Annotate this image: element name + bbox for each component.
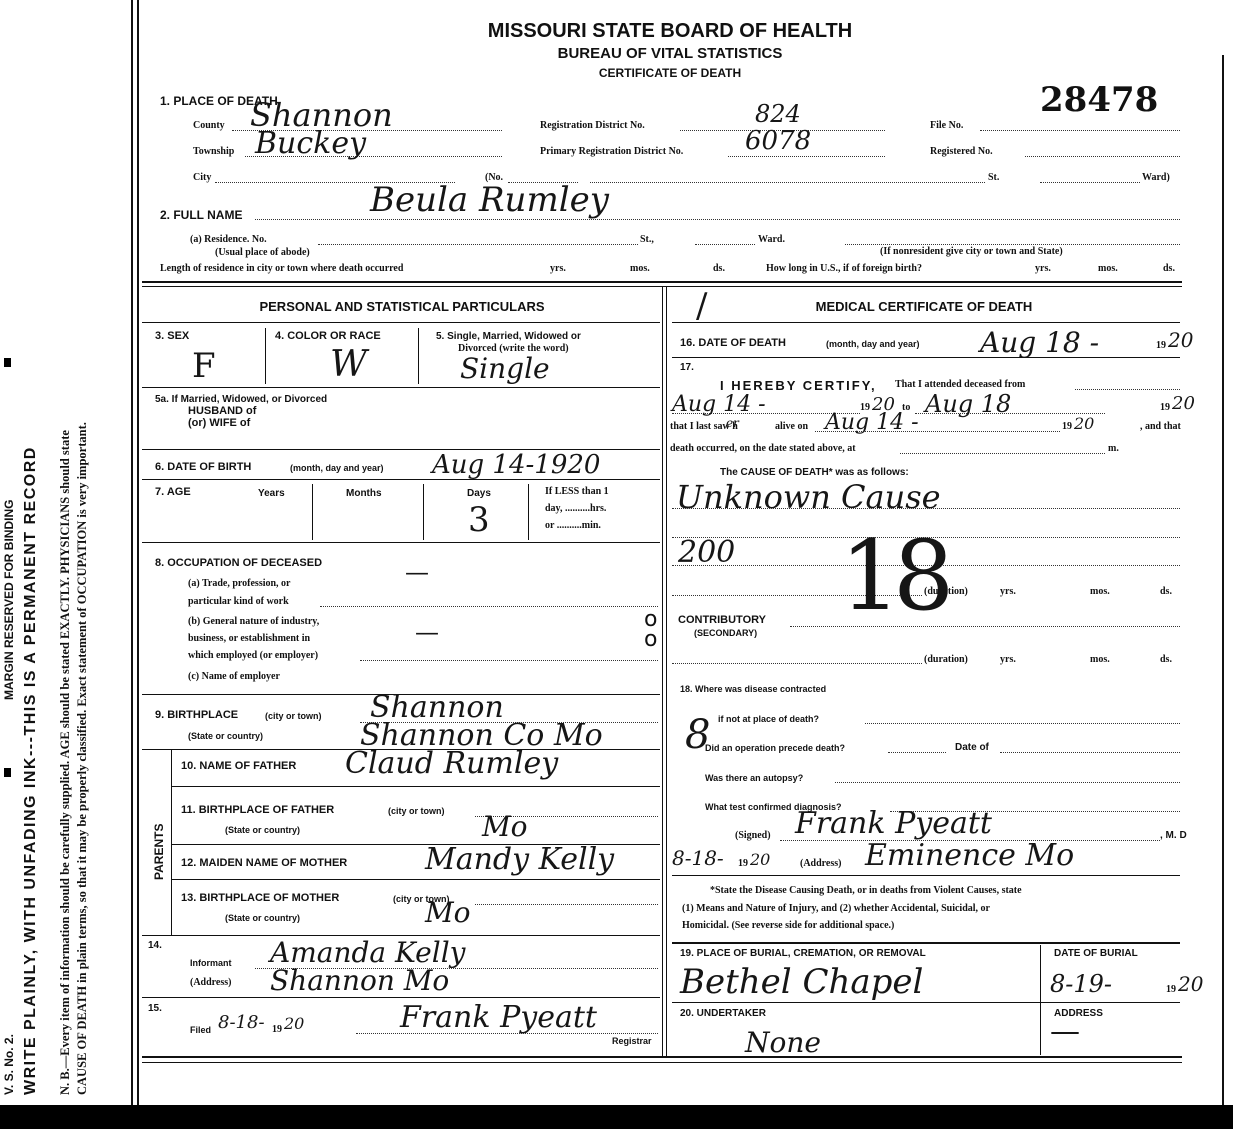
cause-yrs-label: yrs. [1000, 586, 1016, 597]
cause-mos-label: mos. [1090, 586, 1110, 597]
frame-left-outer [131, 0, 133, 1105]
row-7-line [142, 542, 660, 543]
contributory-yrs-label: yrs. [1000, 654, 1016, 665]
attended-to-year-prefix: 19 [1160, 402, 1170, 413]
nonresident-field [845, 244, 1180, 245]
medical-section-title: MEDICAL CERTIFICATE OF DEATH [668, 299, 1180, 314]
occupation-b-label-1: (b) General nature of industry, [188, 616, 319, 627]
primary-reg-field [728, 156, 885, 157]
burial-place-value: Bethel Chapel [680, 962, 923, 1002]
parents-side-label: PARENTS [152, 824, 166, 880]
birthplace-label: 9. BIRTHPLACE [155, 709, 238, 721]
parents-divider [171, 750, 172, 935]
permanent-record-instruction: WRITE PLAINLY, WITH UNFADING INK---THIS … [22, 446, 40, 1095]
md-label: , M. D [1160, 830, 1187, 841]
row-12-line [172, 879, 660, 880]
alive-on-label: alive on [775, 421, 808, 432]
age-days-divider [528, 484, 529, 540]
autopsy-field [835, 782, 1180, 783]
center-divider-2 [666, 287, 667, 1057]
dod-label: 16. DATE OF DEATH [680, 337, 786, 349]
occupation-label: 8. OCCUPATION OF DECEASED [155, 557, 322, 569]
file-no-label: File No. [930, 120, 963, 131]
filed-year-prefix: 19 [272, 1024, 282, 1035]
county-label: County [193, 120, 225, 131]
row-18-line [672, 875, 1180, 876]
residence-ward-label: Ward. [758, 234, 785, 245]
file-no-field [980, 130, 1180, 131]
personal-section-title: PERSONAL AND STATISTICAL PARTICULARS [142, 299, 662, 314]
father-birthplace-label: 11. BIRTHPLACE OF FATHER [181, 804, 334, 816]
age-years-label: Years [258, 488, 285, 499]
filed-label: Filed [190, 1025, 211, 1035]
cause-field-1 [672, 508, 1180, 509]
mother-name-value: Mandy Kelly [425, 842, 614, 877]
occurred-m-label: m. [1108, 443, 1119, 454]
dod-value: Aug 18 - [980, 326, 1099, 359]
contributory-mos-label: mos. [1090, 654, 1110, 665]
nb-note-line-2: CAUSE OF DEATH in plain terms, so that i… [75, 422, 90, 1095]
alive-year-prefix: 19 [1062, 421, 1072, 432]
mother-birthplace-field [475, 904, 658, 905]
burial-date-value: 8-19- [1050, 970, 1112, 998]
occupation-b-label-3: which employed (or employer) [188, 650, 318, 661]
physician-address-label: (Address) [800, 858, 841, 869]
binding-mark-2 [4, 358, 11, 367]
primary-reg-label: Primary Registration District No. [540, 146, 683, 157]
spouse-label: 5a. If Married, Widowed, or Divorced [155, 394, 327, 405]
row-footnote-line [672, 942, 1180, 944]
attended-to-value: Aug 18 [925, 390, 1011, 418]
row-19-line [672, 1002, 1180, 1003]
length-yrs-label: yrs. [550, 263, 566, 274]
mother-birthplace-label: 13. BIRTHPLACE OF MOTHER [181, 892, 339, 904]
cause-value: Unknown Cause [676, 478, 941, 516]
contributory-duration-label: (duration) [924, 654, 968, 665]
signed-date: 8-18- [672, 846, 724, 870]
operation-field [888, 752, 946, 753]
length-ds-label: ds. [713, 263, 725, 274]
race-value: W [330, 344, 367, 385]
marital-label: 5. Single, Married, Widowed or [436, 331, 581, 342]
form-id: V. S. No. 2. [2, 1034, 16, 1095]
township-label: Township [193, 146, 234, 157]
signed-label: (Signed) [735, 830, 771, 841]
frame-left-inner [137, 0, 139, 1105]
registrar-label: Registrar [612, 1036, 652, 1046]
row-6-line [142, 479, 660, 480]
binding-mark-1 [4, 768, 11, 777]
father-birthplace-sub: (city or town) [388, 806, 445, 816]
footnote-line-1: *State the Disease Causing Death, or in … [710, 885, 1022, 896]
birthplace-sub-label: (city or town) [265, 711, 322, 721]
undertaker-label: 20. UNDERTAKER [680, 1008, 766, 1019]
nonresident-note: (If nonresident give city or town and St… [880, 246, 1063, 257]
footnote-line-2: (1) Means and Nature of Injury, and (2) … [682, 903, 990, 914]
city-label: City [193, 172, 211, 183]
registered-no-field [1025, 156, 1180, 157]
full-name-value: Beula Rumley [370, 180, 609, 220]
divider-top-section [142, 281, 1182, 283]
if-not-at-place-field [865, 723, 1180, 724]
occupation-a-label-1: (a) Trade, profession, or [188, 578, 291, 589]
row-14-line [142, 997, 660, 998]
primary-reg-value: 6078 [745, 126, 811, 156]
burial-divider [1040, 945, 1041, 1055]
occupation-c-label: (c) Name of employer [188, 671, 280, 682]
age-years-divider [312, 484, 313, 540]
residence-sub-label: (Usual place of abode) [215, 247, 310, 258]
alive-on-value: Aug 14 - [825, 410, 919, 435]
item-17-num: 17. [680, 362, 694, 373]
age-less-label-1: If LESS than 1 [545, 486, 609, 497]
filed-date-value: 8-18- [218, 1012, 265, 1033]
secondary-label: (SECONDARY) [694, 628, 757, 638]
marital-value: Single [460, 352, 550, 385]
father-state-value: Mo [482, 810, 528, 843]
street-label: St. [988, 172, 999, 183]
sex-value: F [192, 346, 216, 386]
filed-year-value: 20 [284, 1014, 304, 1033]
age-days-value: 3 [468, 500, 490, 540]
alive-year: 20 [1074, 414, 1094, 433]
autopsy-label: Was there an autopsy? [705, 773, 803, 783]
full-name-label: 2. FULL NAME [160, 208, 242, 222]
form-subtitle: BUREAU OF VITAL STATISTICS [440, 45, 900, 62]
personal-header-line [142, 322, 660, 323]
dod-year-prefix: 19 [1156, 340, 1166, 351]
certify-text: That I attended deceased from [895, 379, 1025, 390]
margin-reserved: MARGIN RESERVED FOR BINDING [2, 500, 16, 700]
and-that-label: , and that [1140, 421, 1181, 432]
father-state-label: (State or country) [225, 825, 300, 835]
row-3-line [142, 387, 660, 388]
race-marital-divider [418, 328, 419, 384]
age-days-label: Days [467, 488, 491, 499]
medical-header-line [672, 322, 1180, 323]
foreign-yrs-label: yrs. [1035, 263, 1051, 274]
bottom-line-left-2 [142, 1062, 1182, 1063]
contributory-duration-field [672, 663, 922, 664]
dob-sub-label: (month, day and year) [290, 463, 384, 473]
undertaker-value: None [745, 1026, 821, 1059]
occupation-b-value: — [415, 618, 439, 646]
age-months-divider [423, 484, 424, 540]
foreign-birth-label: How long in U.S., if of foreign birth? [766, 263, 922, 274]
contributory-label: CONTRIBUTORY [678, 614, 766, 626]
burial-year-prefix: 19 [1166, 984, 1176, 995]
contributory-ds-label: ds. [1160, 654, 1172, 665]
residence-ward-field [695, 244, 755, 245]
ward-field [1040, 182, 1140, 183]
ward-label: Ward) [1142, 172, 1170, 183]
physician-address-value: Eminence Mo [865, 838, 1074, 873]
dod-sub-label: (month, day and year) [826, 339, 920, 349]
signed-year-prefix: 19 [738, 858, 748, 869]
residence-label: (a) Residence. No. [190, 234, 267, 245]
row-10-line [172, 786, 660, 787]
informant-num: 14. [148, 940, 162, 951]
mother-name-label: 12. MAIDEN NAME OF MOTHER [181, 857, 347, 869]
attended-from-value: Aug 14 - [672, 392, 766, 417]
signed-value: Frank Pyeatt [795, 806, 992, 841]
filed-num: 15. [148, 1003, 162, 1014]
undertaker-address-value: — [1050, 1014, 1080, 1049]
informant-address-label: (Address) [190, 977, 231, 988]
reg-district-value: 824 [755, 100, 801, 128]
sex-race-divider [265, 328, 266, 384]
mother-state-label: (State or country) [225, 913, 300, 923]
age-months-label: Months [346, 488, 382, 499]
residence-field [318, 244, 638, 245]
margin-mark-00: oo [644, 610, 660, 650]
document-type: CERTIFICATE OF DEATH [440, 66, 900, 80]
occurred-label: death occurred, on the date stated above… [670, 443, 856, 454]
length-mos-label: mos. [630, 263, 650, 274]
operation-date-field [1000, 752, 1180, 753]
attended-to-year: 20 [1172, 393, 1195, 414]
where-contracted-label: 18. Where was disease contracted [680, 684, 826, 694]
registrar-value: Frank Pyeatt [400, 1000, 597, 1035]
cause-ds-label: ds. [1160, 586, 1172, 597]
burial-place-label: 19. PLACE OF BURIAL, CREMATION, OR REMOV… [680, 948, 926, 959]
occupation-a-value: — [405, 558, 429, 586]
burial-date-label: DATE OF BURIAL [1054, 948, 1138, 959]
registered-no-label: Registered No. [930, 146, 993, 157]
form-title: MISSOURI STATE BOARD OF HEALTH [440, 20, 900, 43]
sex-label: 3. SEX [155, 330, 189, 342]
cause-label: The CAUSE OF DEATH* was as follows: [720, 467, 909, 478]
row-16-line [672, 357, 1180, 358]
mother-state-value: Mo [425, 896, 471, 929]
township-value: Buckey [255, 126, 366, 161]
occurred-at-field [900, 453, 1105, 454]
father-name-label: 10. NAME OF FATHER [181, 760, 296, 772]
wife-label: (or) WIFE of [188, 417, 250, 429]
margin-code-18: 18 [840, 520, 946, 632]
certify-from-trailing [1075, 389, 1180, 390]
operation-date-label: Date of [955, 742, 989, 753]
street-field [590, 182, 985, 183]
center-divider [662, 287, 663, 1057]
birthplace-state-label: (State or country) [188, 731, 263, 741]
signed-year: 20 [750, 850, 770, 869]
foreign-mos-label: mos. [1098, 263, 1118, 274]
occupation-a-label-2: particular kind of work [188, 596, 289, 607]
age-less-label-2: day, ..........hrs. [545, 503, 606, 514]
nb-note-line-1: N. B.—Every item of information should b… [58, 430, 73, 1095]
residence-st-label: St., [640, 234, 654, 245]
occupation-b-label-2: business, or establishment in [188, 633, 310, 644]
foreign-ds-label: ds. [1163, 263, 1175, 274]
last-saw-pronoun: er [726, 416, 739, 430]
operation-label: Did an operation precede death? [705, 743, 845, 753]
footnote-line-3: Homicidal. (See reverse side for additio… [682, 920, 894, 931]
burial-year-value: 20 [1178, 972, 1203, 996]
reg-district-label: Registration District No. [540, 120, 645, 131]
contributory-field [790, 626, 1180, 627]
certify-label: I HEREBY CERTIFY, [720, 378, 877, 393]
certificate-number: 28478 [1040, 80, 1158, 120]
father-name-value: Claud Rumley [345, 746, 558, 781]
dob-label: 6. DATE OF BIRTH [155, 461, 251, 473]
if-not-at-place-label: if not at place of death? [718, 714, 819, 724]
occupation-a-field [320, 606, 658, 607]
husband-label: HUSBAND of [188, 405, 256, 417]
race-label: 4. COLOR OR RACE [275, 330, 381, 342]
frame-right [1222, 55, 1224, 1105]
age-label: 7. AGE [155, 486, 191, 498]
occupation-b-field [360, 660, 658, 661]
age-less-label-3: or ..........min. [545, 520, 601, 531]
bottom-line-left [142, 1056, 1182, 1058]
length-residence-label: Length of residence in city or town wher… [160, 263, 403, 274]
scan-edge [0, 1105, 1233, 1129]
informant-address-value: Shannon Mo [270, 964, 449, 997]
informant-label: Informant [190, 958, 232, 968]
dod-year: 20 [1168, 328, 1193, 352]
dob-value: Aug 14-1920 [432, 450, 600, 480]
